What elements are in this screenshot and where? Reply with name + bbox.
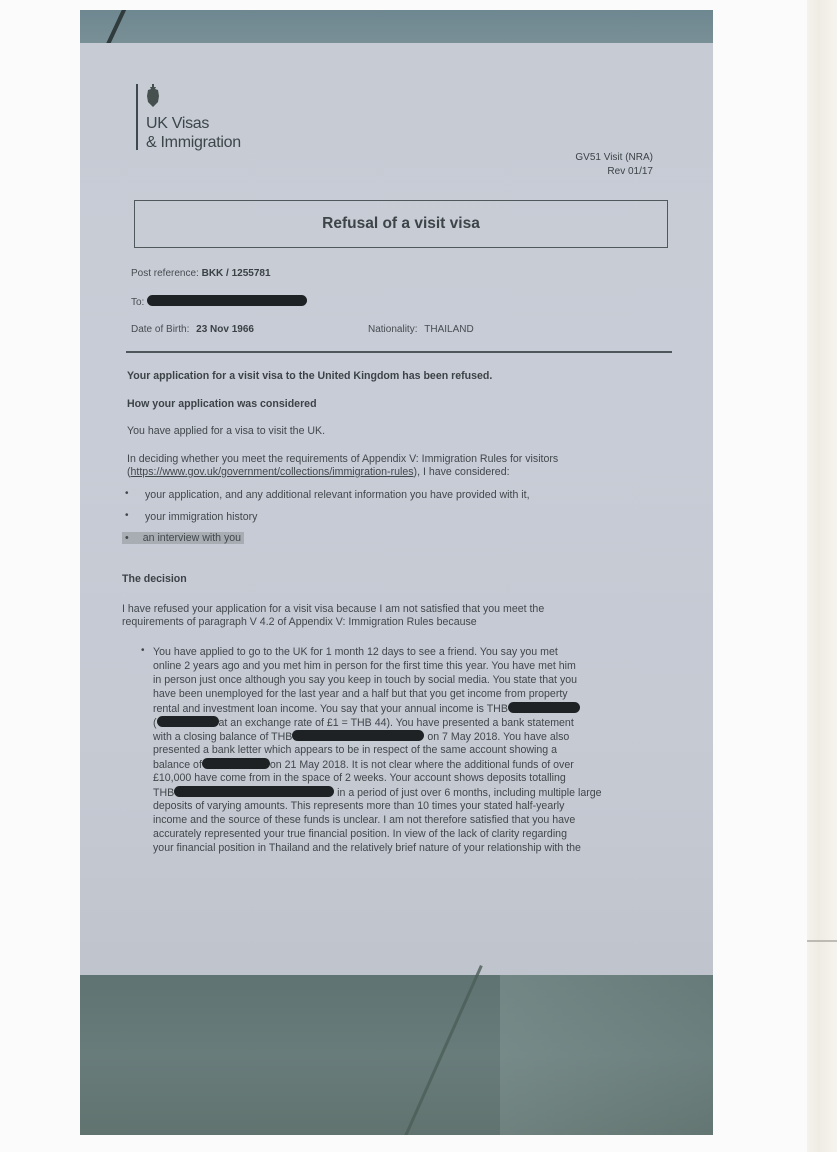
form-code: GV51 Visit (NRA) — [575, 152, 653, 163]
deciding-line-2: (https://www.gov.uk/government/collectio… — [127, 466, 510, 478]
redacted-income-gbp — [157, 716, 219, 727]
to-label: To: — [131, 297, 144, 308]
considered-item-3: an interview with you — [143, 532, 241, 544]
reason-text: on 7 May 2018. You have also — [427, 731, 569, 743]
reason-line: deposits of varying amounts. This repres… — [153, 800, 564, 814]
reason-line: with a closing balance of THB on 7 May 2… — [153, 730, 569, 745]
organisation-name-line2: & Immigration — [146, 134, 241, 152]
dob-label: Date of Birth: — [131, 324, 189, 335]
reason-line: income and the source of these funds is … — [153, 814, 575, 828]
decision-line-2: requirements of paragraph V 4.2 of Appen… — [122, 616, 477, 628]
section-divider — [126, 351, 672, 353]
scanner-page-edge — [807, 0, 837, 1152]
considered-item-1: your application, and any additional rel… — [145, 489, 530, 501]
decision-heading: The decision — [122, 573, 187, 585]
bullet-icon: • — [125, 488, 129, 499]
reason-line: presented a bank letter which appears to… — [153, 744, 557, 758]
bullet-icon: • — [141, 645, 145, 656]
post-reference-value: BKK / 1255781 — [202, 268, 271, 279]
reason-text: at an exchange rate of £1 = THB 44). You… — [219, 717, 574, 729]
considered-item-2: your immigration history — [145, 511, 257, 523]
refusal-letter: UK Visas & Immigration GV51 Visit (NRA) … — [80, 10, 713, 985]
reason-line: (at an exchange rate of £1 = THB 44). Yo… — [153, 716, 574, 731]
reason-line: online 2 years ago and you met him in pe… — [153, 660, 576, 674]
reason-text: in a period of just over 6 months, inclu… — [337, 787, 601, 799]
title-box: Refusal of a visit visa — [134, 200, 668, 248]
redacted-letter-balance — [202, 758, 270, 769]
reason-line: THB in a period of just over 6 months, i… — [153, 786, 602, 801]
reason-text: rental and investment loan income. You s… — [153, 703, 508, 715]
reason-text: ( — [153, 717, 157, 729]
page-fold — [807, 940, 837, 942]
post-reference-label: Post reference: — [131, 268, 199, 279]
reason-text: THB — [153, 787, 174, 799]
post-reference: Post reference: BKK / 1255781 — [131, 268, 271, 279]
immigration-rules-link[interactable]: https://www.gov.uk/government/collection… — [131, 466, 414, 478]
reason-text: with a closing balance of THB — [153, 731, 292, 743]
form-revision: Rev 01/17 — [607, 166, 653, 177]
reason-line: rental and investment loan income. You s… — [153, 702, 580, 717]
light-reflection — [500, 975, 713, 1135]
table-surface — [80, 975, 713, 1135]
redacted-annual-income — [508, 702, 580, 713]
reason-line: You have applied to go to the UK for 1 m… — [153, 646, 558, 660]
surface-crease — [399, 965, 483, 1135]
reason-line: accurately represented your true financi… — [153, 828, 567, 842]
reason-line: £10,000 have come from in the space of 2… — [153, 772, 566, 786]
refused-statement: Your application for a visit visa to the… — [127, 370, 492, 382]
logo-divider — [136, 84, 138, 150]
date-of-birth: Date of Birth: 23 Nov 1966 — [131, 324, 254, 335]
reason-line: balance ofon 21 May 2018. It is not clea… — [153, 758, 574, 773]
decision-line-1: I have refused your application for a vi… — [122, 603, 544, 615]
nationality-label: Nationality: — [368, 324, 417, 335]
organisation-name-line1: UK Visas — [146, 115, 209, 133]
reason-text: balance of — [153, 759, 202, 771]
document-title: Refusal of a visit visa — [322, 215, 480, 233]
nationality: Nationality: THAILAND — [368, 324, 474, 335]
reason-text: on 21 May 2018. It is not clear where th… — [270, 759, 574, 771]
deciding-line-1: In deciding whether you meet the require… — [127, 453, 558, 465]
reason-line: in person just once although you say you… — [153, 674, 577, 688]
redacted-closing-balance — [292, 730, 424, 741]
bullet-icon: • — [125, 532, 129, 544]
applied-statement: You have applied for a visa to visit the… — [127, 425, 325, 437]
reason-line: your financial position in Thailand and … — [153, 842, 581, 856]
considered-item-3-highlighted: •an interview with you — [122, 532, 244, 544]
bullet-icon: • — [125, 510, 129, 521]
dob-value: 23 Nov 1966 — [196, 324, 254, 335]
royal-crest-icon — [146, 84, 160, 108]
document-photo: UK Visas & Immigration GV51 Visit (NRA) … — [80, 10, 713, 1135]
deciding-suffix: ), I have considered: — [414, 466, 510, 478]
considered-heading: How your application was considered — [127, 398, 317, 410]
redacted-deposit-total — [174, 786, 334, 797]
reason-line: have been unemployed for the last year a… — [153, 688, 568, 702]
recipient: To: — [131, 295, 307, 308]
nationality-value: THAILAND — [424, 324, 473, 335]
redacted-recipient-name — [147, 295, 307, 306]
